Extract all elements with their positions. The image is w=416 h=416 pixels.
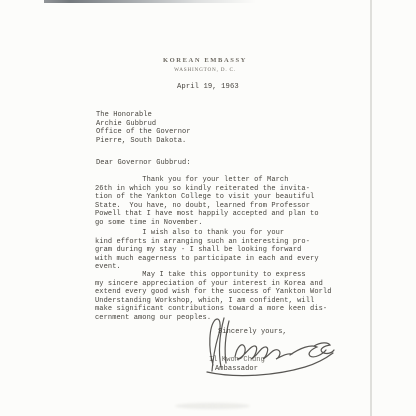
letterhead-org: KOREAN EMBASSY [125, 57, 285, 64]
closing: Sincerely yours, [218, 328, 287, 337]
body-paragraph-1: Thank you for your letter of March 26th … [95, 176, 319, 227]
letter-scan-page: { "colors": { "paper": "#fcfcfa", "ink":… [0, 0, 416, 416]
signature-typed-name: Il Kwon Chung [209, 356, 265, 365]
letterhead: KOREAN EMBASSY WASHINGTON, D. C. [125, 57, 285, 73]
paper-right-edge [370, 0, 372, 416]
body-paragraph-3: May I take this opportunity to express m… [95, 271, 332, 322]
scan-smudge [175, 403, 250, 409]
letter-date: April 19, 1963 [177, 83, 239, 92]
scan-shadow-bar [44, 0, 256, 3]
signature-title: Ambassador [215, 365, 258, 374]
letterhead-city: WASHINGTON, D. C. [125, 67, 285, 73]
body-paragraph-2: I wish also to thank you for your kind e… [95, 229, 319, 272]
recipient-address: The Honorable Archie Gubbrud Office of t… [96, 111, 191, 145]
salutation: Dear Governor Gubbrud: [96, 159, 191, 168]
